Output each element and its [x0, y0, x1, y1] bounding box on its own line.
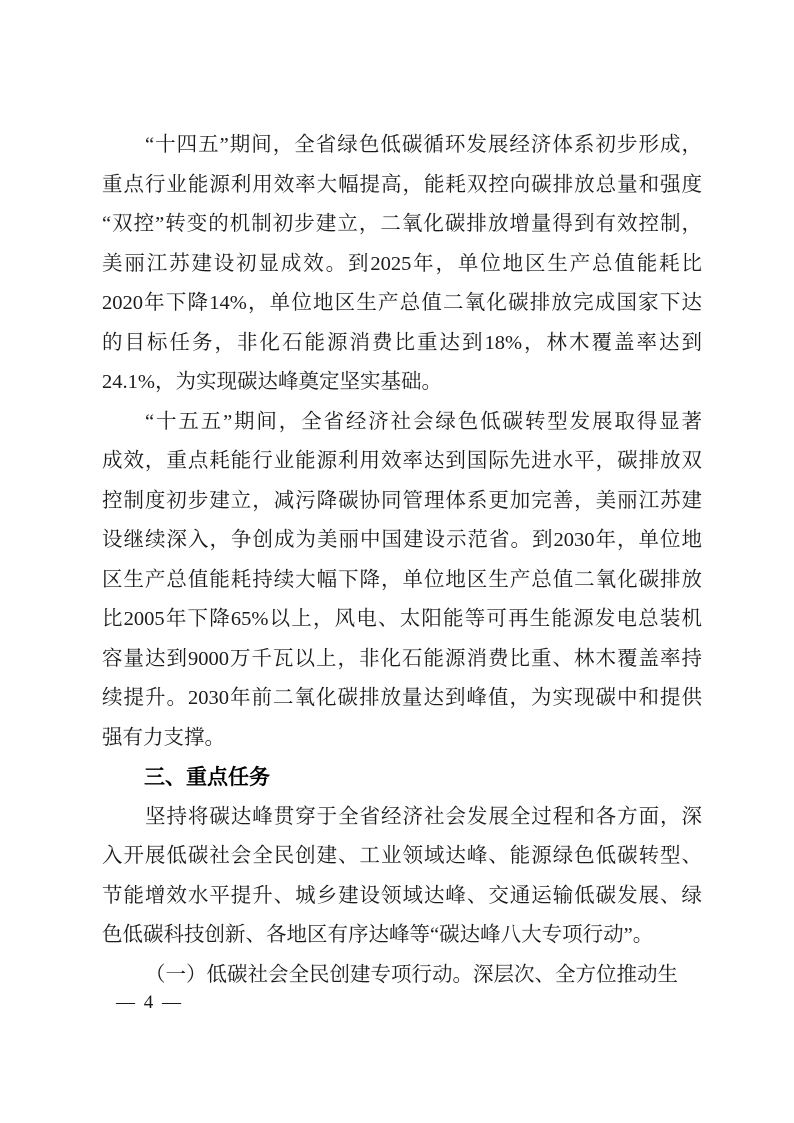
page-number: — 4 —: [116, 992, 183, 1014]
text-line: 控制度初步建立，减污降碳协同管理体系更加完善，美丽江苏建: [102, 482, 702, 522]
text-line: 入开展低碳社会全民创建、工业领域达峰、能源绿色低碳转型、: [102, 837, 702, 877]
text-line: “双控”转变的机制初步建立，二氧化碳排放增量得到有效控制，: [102, 205, 702, 245]
document-body: “十四五”期间，全省绿色低碳循环发展经济体系初步形成， 重点行业能源利用效率大幅…: [102, 126, 702, 995]
text-line: 成效，重点耗能行业能源利用效率达到国际先进水平，碳排放双: [102, 442, 702, 482]
text-line: 比2005年下降65%以上，风电、太阳能等可再生能源发电总装机: [102, 600, 702, 640]
text-line: 续提升。2030年前二氧化碳排放量达到峰值，为实现碳中和提供: [102, 679, 702, 719]
text-line: 容量达到9000万千瓦以上，非化石能源消费比重、林木覆盖率持: [102, 640, 702, 680]
text-line: 设继续深入，争创成为美丽中国建设示范省。到2030年，单位地: [102, 521, 702, 561]
text-line: 的目标任务，非化石能源消费比重达到18%，林木覆盖率达到: [102, 324, 702, 364]
text-line: 色低碳科技创新、各地区有序达峰等“碳达峰八大专项行动”。: [102, 916, 702, 956]
text-line: “十五五”期间，全省经济社会绿色低碳转型发展取得显著: [102, 403, 702, 443]
text-line: 美丽江苏建设初显成效。到2025年，单位地区生产总值能耗比: [102, 245, 702, 285]
text-line: 重点行业能源利用效率大幅提高，能耗双控向碳排放总量和强度: [102, 166, 702, 206]
text-line: 强有力支撑。: [102, 719, 702, 759]
text-line: 24.1%，为实现碳达峰奠定坚实基础。: [102, 363, 702, 403]
document-page: “十四五”期间，全省绿色低碳循环发展经济体系初步形成， 重点行业能源利用效率大幅…: [0, 0, 794, 1123]
text-line: 2020年下降14%，单位地区生产总值二氧化碳排放完成国家下达: [102, 284, 702, 324]
text-line: （一）低碳社会全民创建专项行动。深层次、全方位推动生: [102, 956, 702, 996]
section-heading: 三、重点任务: [102, 758, 702, 798]
text-line: 节能增效水平提升、城乡建设领域达峰、交通运输低碳发展、绿: [102, 877, 702, 917]
text-line: 坚持将碳达峰贯穿于全省经济社会发展全过程和各方面，深: [102, 798, 702, 838]
text-line: “十四五”期间，全省绿色低碳循环发展经济体系初步形成，: [102, 126, 702, 166]
text-line: 区生产总值能耗持续大幅下降，单位地区生产总值二氧化碳排放: [102, 561, 702, 601]
